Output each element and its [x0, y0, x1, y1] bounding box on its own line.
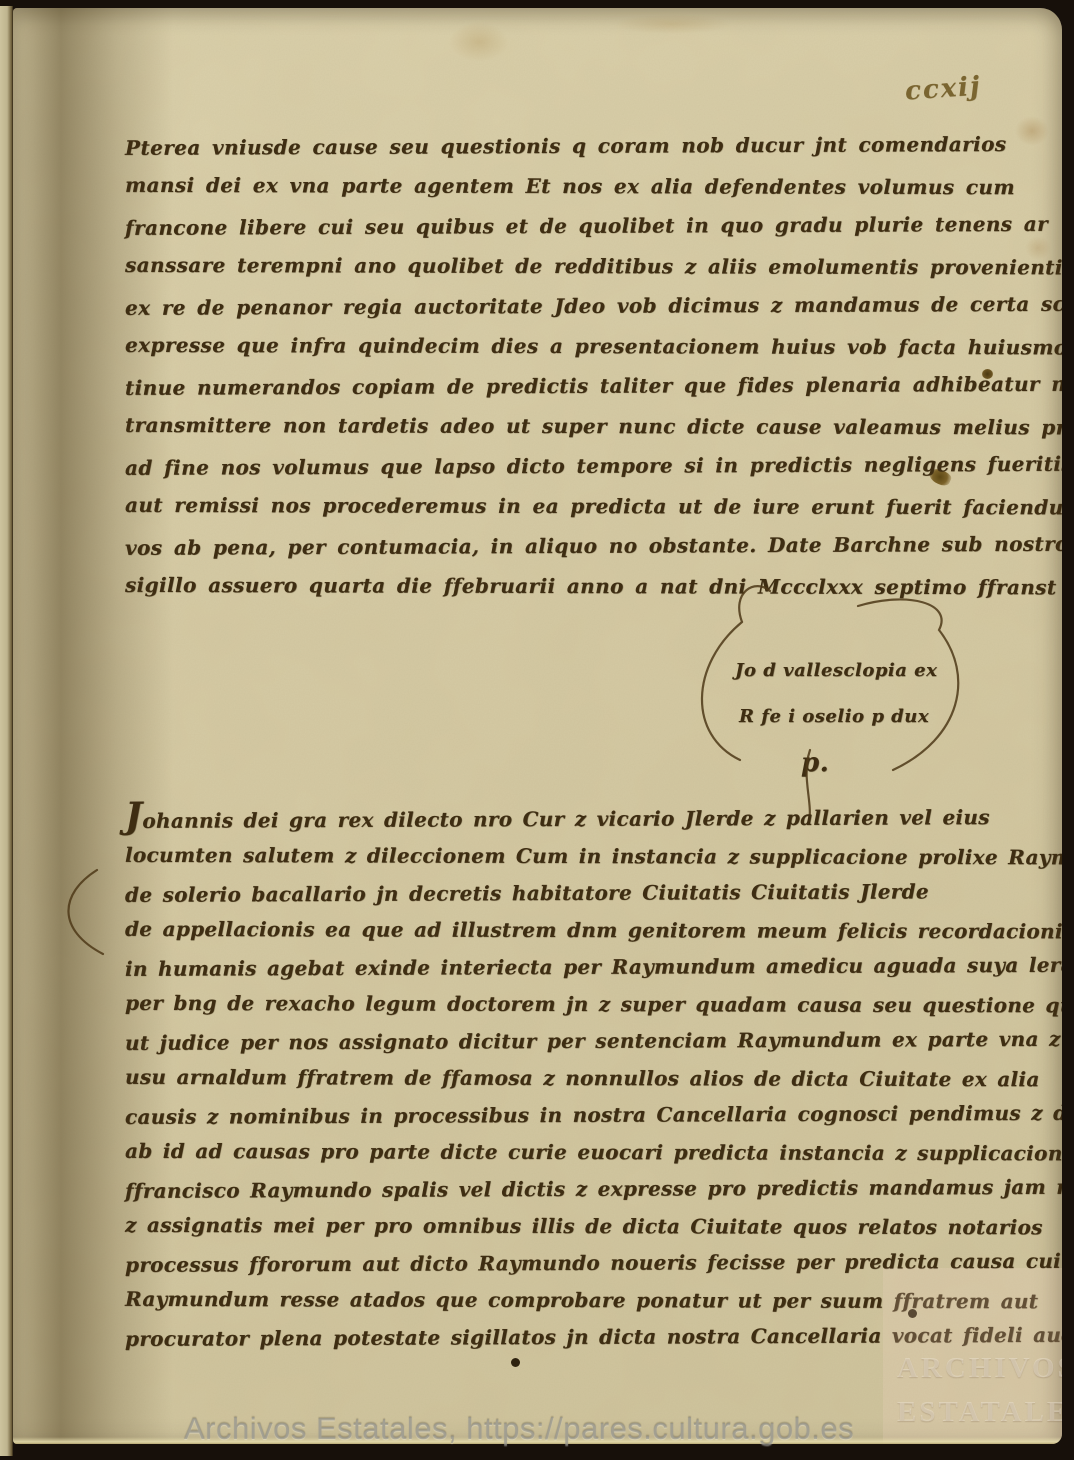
manuscript-line: aut remissi nos procederemus in ea predi…: [125, 485, 975, 527]
manuscript-line: ffrancisco Raymundo spalis vel dictis z …: [125, 1169, 991, 1210]
manuscript-line: processus ffororum aut dicto Raymundo no…: [125, 1243, 991, 1284]
manuscript-line: procurator plena potestate sigillatos jn…: [125, 1317, 991, 1358]
paper-stain: [613, 14, 733, 34]
manuscript-line: Raymundum resse atados que comprobare po…: [125, 1281, 991, 1320]
manuscript-line: sanssare terempni ano quolibet de reddit…: [125, 245, 975, 287]
manuscript-line: de solerio bacallario jn decretis habita…: [125, 873, 991, 914]
manuscript-line: Johannis dei gra rex dilecto nro Cur z v…: [125, 794, 991, 840]
manuscript-line: de appellacionis ea que ad illustrem dnm…: [125, 911, 991, 950]
manuscript-page: ccxij Pterea vniusde cause seu questioni…: [13, 8, 1062, 1444]
signature-block: Jo d vallesclopia exR fe i oselio p duxp…: [735, 648, 965, 786]
manuscript-line: transmittere non tardetis adeo ut super …: [125, 405, 975, 447]
manuscript-line: expresse que infra quindecim dies a pres…: [125, 325, 975, 367]
paper-stain: [1015, 116, 1049, 146]
signature-line: p.: [801, 740, 965, 786]
manuscript-line: francone libere cui seu quibus et de quo…: [125, 204, 975, 248]
manuscript-line: ad fine nos volumus que lapso dicto temp…: [125, 444, 975, 488]
manuscript-scan: ccxij Pterea vniusde cause seu questioni…: [0, 0, 1074, 1460]
manuscript-line: sigillo assuero quarta die ffebruarii an…: [125, 565, 975, 607]
manuscript-line: vos ab pena, per contumacia, in aliquo n…: [125, 524, 975, 568]
archive-logo-text: ESTATALES: [897, 1396, 1062, 1429]
signature-line: Jo d vallesclopia ex: [735, 648, 965, 694]
manuscript-line: ut judice per nos assignato dicitur per …: [125, 1021, 991, 1062]
manuscript-line: z assignatis mei per pro omnibus illis d…: [125, 1207, 991, 1246]
manuscript-line: usu arnaldum ffratrem de ffamosa z nonnu…: [125, 1059, 991, 1098]
signature-line: R fe i oselio p dux: [739, 694, 965, 740]
adjacent-page-edge: [0, 6, 13, 1456]
manuscript-line: ex re de penanor regia auctoritate Jdeo …: [125, 284, 975, 328]
manuscript-line: mansi dei ex vna parte agentem Et nos ex…: [125, 165, 975, 207]
manuscript-line: ab id ad causas pro parte dicte curie eu…: [125, 1133, 991, 1172]
archive-logo-watermark: ARCHIVOS ESTATALES: [883, 1268, 1062, 1444]
manuscript-line: tinue numerandos copiam de predictis tal…: [125, 364, 975, 408]
flourish-margin-arc: [68, 870, 103, 954]
manuscript-line: in humanis agebat exinde interiecta per …: [125, 947, 991, 988]
manuscript-line: per bng de rexacho legum doctorem jn z s…: [125, 985, 991, 1024]
manuscript-line: causis z nominibus in processibus in nos…: [125, 1095, 991, 1136]
text-block-royal-mandate: Johannis dei gra rex dilecto nro Cur z v…: [125, 796, 991, 1356]
folio-number: ccxij: [904, 71, 982, 106]
text-block-royal-letter: Pterea vniusde cause seu questionis q co…: [125, 126, 975, 606]
archive-logo-text: ARCHIVOS: [897, 1352, 1062, 1385]
manuscript-line: Pterea vniusde cause seu questionis q co…: [125, 124, 975, 168]
manuscript-line: locumten salutem z dileccionem Cum in in…: [125, 837, 991, 876]
paper-stain: [449, 22, 509, 62]
ink-dot: [511, 1358, 520, 1367]
